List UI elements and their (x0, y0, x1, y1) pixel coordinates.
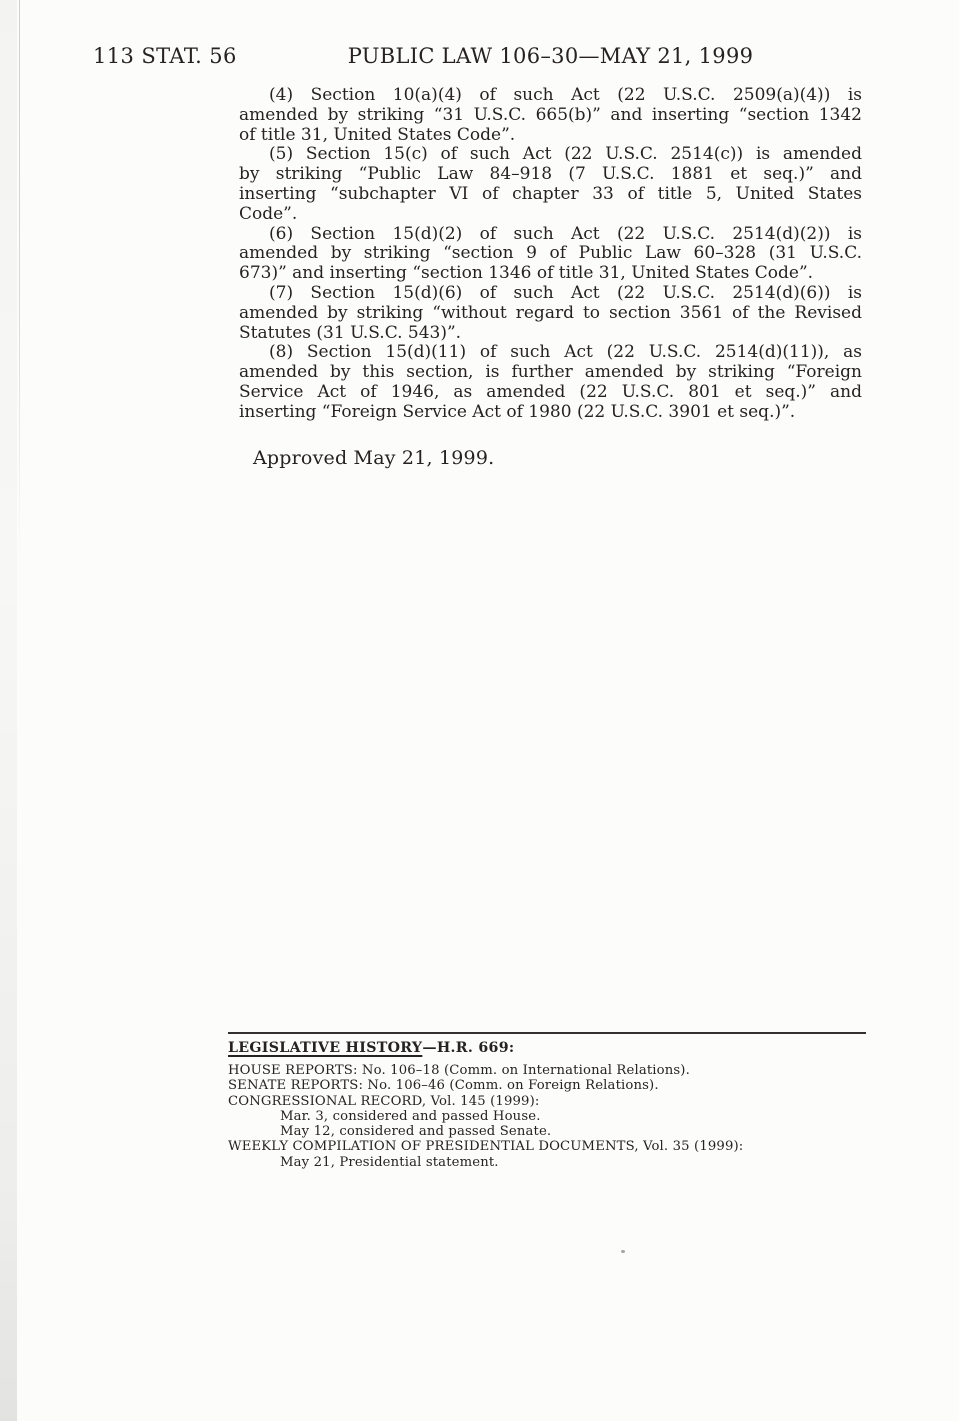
page-header: 113 STAT. 56 PUBLIC LAW 106–30—MAY 21, 1… (0, 44, 959, 70)
body-line: of title 31, United States Code”. (239, 126, 862, 146)
legislative-history-bill-number: —H.R. 669: (422, 1040, 514, 1056)
approved-line: Approved May 21, 1999. (253, 447, 494, 469)
body-paragraph: (4) Section 10(a)(4) of such Act (22 U.S… (239, 86, 862, 145)
body-line: amended by striking “31 U.S.C. 665(b)” a… (239, 106, 862, 126)
body-line: 673)” and inserting “section 1346 of tit… (239, 264, 862, 284)
body-line: (8) Section 15(d)(11) of such Act (22 U.… (239, 343, 862, 363)
body-paragraph: (8) Section 15(d)(11) of such Act (22 U.… (239, 343, 862, 422)
legislative-history-heading: LEGISLATIVE HISTORY—H.R. 669: (228, 1040, 866, 1056)
history-line: May 21, Presidential statement. (228, 1155, 866, 1170)
body-line: (6) Section 15(d)(2) of such Act (22 U.S… (239, 225, 862, 245)
history-lines: HOUSE REPORTS: No. 106–18 (Comm. on Inte… (228, 1063, 866, 1170)
scan-edge-artifact (19, 0, 20, 560)
statute-page-number: 113 STAT. 56 (93, 44, 237, 68)
body-line: (5) Section 15(c) of such Act (22 U.S.C.… (239, 145, 862, 165)
scan-edge-shadow (0, 0, 17, 1421)
legislative-history: LEGISLATIVE HISTORY—H.R. 669: HOUSE REPO… (228, 1032, 866, 1170)
body-line: (4) Section 10(a)(4) of such Act (22 U.S… (239, 86, 862, 106)
body-paragraph: (5) Section 15(c) of such Act (22 U.S.C.… (239, 145, 862, 224)
body-paragraph: (7) Section 15(d)(6) of such Act (22 U.S… (239, 284, 862, 343)
body-line: (7) Section 15(d)(6) of such Act (22 U.S… (239, 284, 862, 304)
body-line: Service Act of 1946, as amended (22 U.S.… (239, 383, 862, 403)
history-line: WEEKLY COMPILATION OF PRESIDENTIAL DOCUM… (228, 1139, 866, 1154)
body-line: amended by striking “section 9 of Public… (239, 244, 862, 264)
body-line: Statutes (31 U.S.C. 543)”. (239, 324, 862, 344)
history-line: CONGRESSIONAL RECORD, Vol. 145 (1999): (228, 1094, 866, 1109)
history-line: SENATE REPORTS: No. 106–46 (Comm. on For… (228, 1078, 866, 1093)
body-paragraph: (6) Section 15(d)(2) of such Act (22 U.S… (239, 225, 862, 284)
history-line: HOUSE REPORTS: No. 106–18 (Comm. on Inte… (228, 1063, 866, 1078)
scanned-page: 113 STAT. 56 PUBLIC LAW 106–30—MAY 21, 1… (0, 0, 959, 1421)
history-line: Mar. 3, considered and passed House. (228, 1109, 866, 1124)
body-line: amended by striking “without regard to s… (239, 304, 862, 324)
body-line: by striking “Public Law 84–918 (7 U.S.C.… (239, 165, 862, 185)
history-divider (228, 1032, 866, 1034)
body-line: inserting “Foreign Service Act of 1980 (… (239, 403, 862, 423)
legislative-history-label: LEGISLATIVE HISTORY (228, 1040, 422, 1056)
body-line: inserting “subchapter VI of chapter 33 o… (239, 185, 862, 205)
body-line: amended by this section, is further amen… (239, 363, 862, 383)
history-line: May 12, considered and passed Senate. (228, 1124, 866, 1139)
scan-speck (621, 1250, 625, 1253)
page-title: PUBLIC LAW 106–30—MAY 21, 1999 (239, 44, 862, 68)
body-line: Code”. (239, 205, 862, 225)
statute-text: (4) Section 10(a)(4) of such Act (22 U.S… (239, 86, 862, 423)
